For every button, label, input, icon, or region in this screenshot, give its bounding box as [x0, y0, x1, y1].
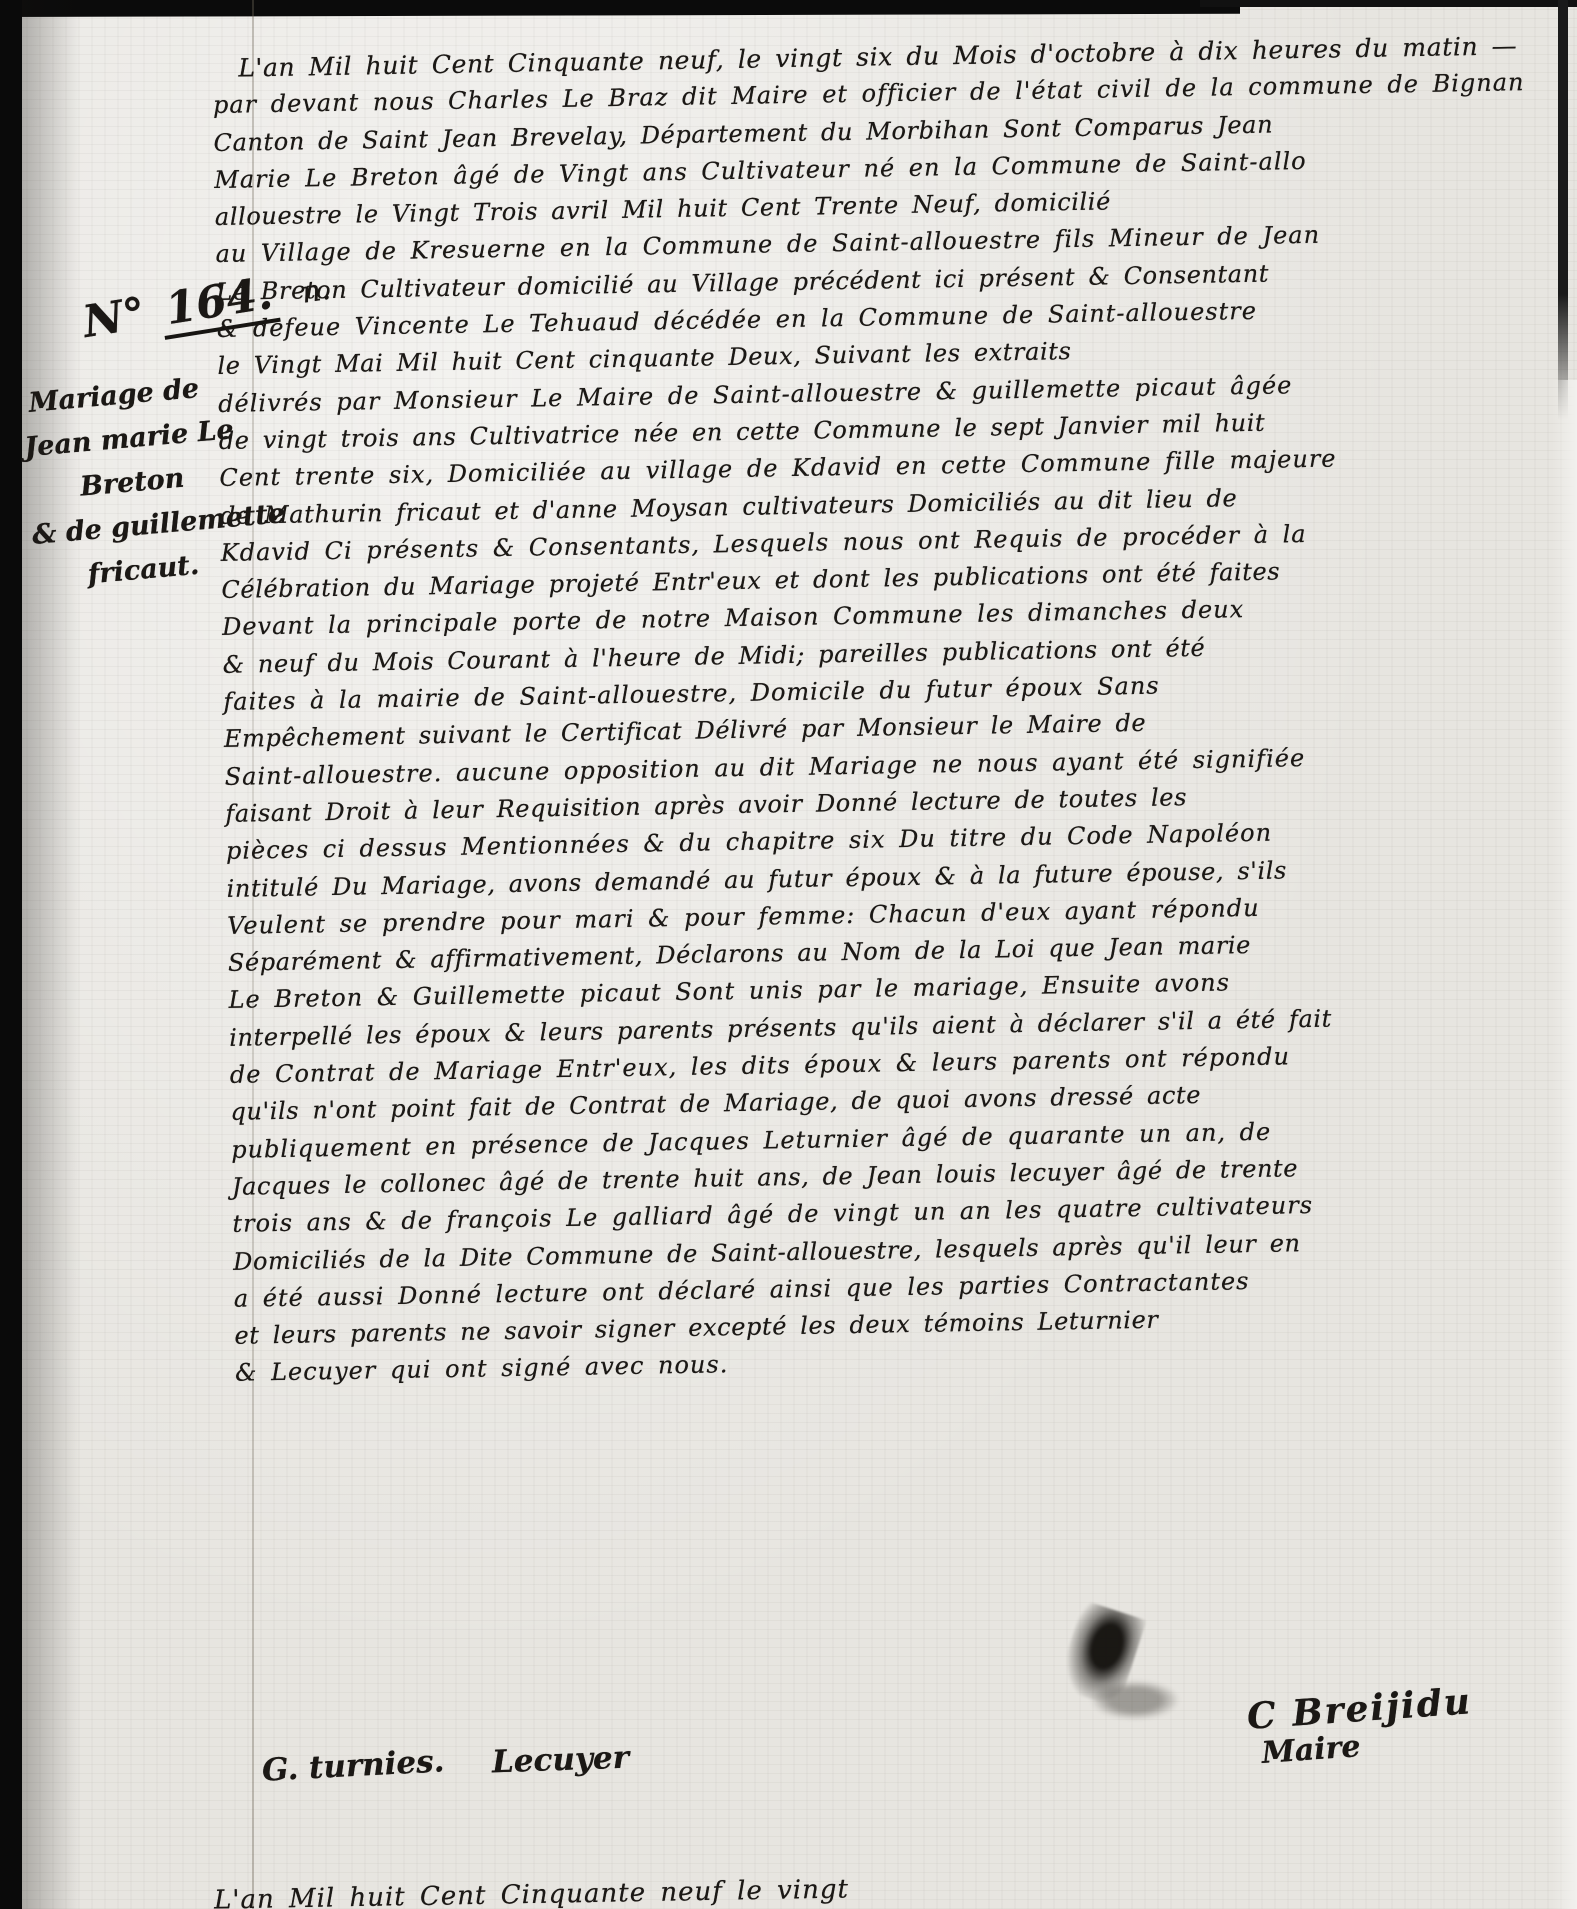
- document-page: N° 164. n. Mariage de Jean marie Le Bret…: [0, 0, 1577, 1909]
- mayor-signature: C Breijidu Maire: [1246, 1680, 1476, 1770]
- scan-border-top-thin: [1200, 0, 1577, 7]
- scan-border-left: [0, 0, 22, 1909]
- next-act-partial-line: L'an Mil huit Cent Cinquante neuf le vin…: [214, 1874, 849, 1909]
- witness-signature-lecuyer: Lecuyer: [491, 1740, 629, 1781]
- scan-border-top: [0, 0, 1240, 17]
- ink-smudge: [1090, 1680, 1180, 1720]
- witness-signature-turnies: G. turnies.: [261, 1743, 445, 1788]
- record-number-prefix: N°: [80, 288, 149, 348]
- act-body: L'an Mil huit Cent Cinquante neuf, le vi…: [212, 26, 1577, 1392]
- scan-left-shading: [22, 0, 80, 1909]
